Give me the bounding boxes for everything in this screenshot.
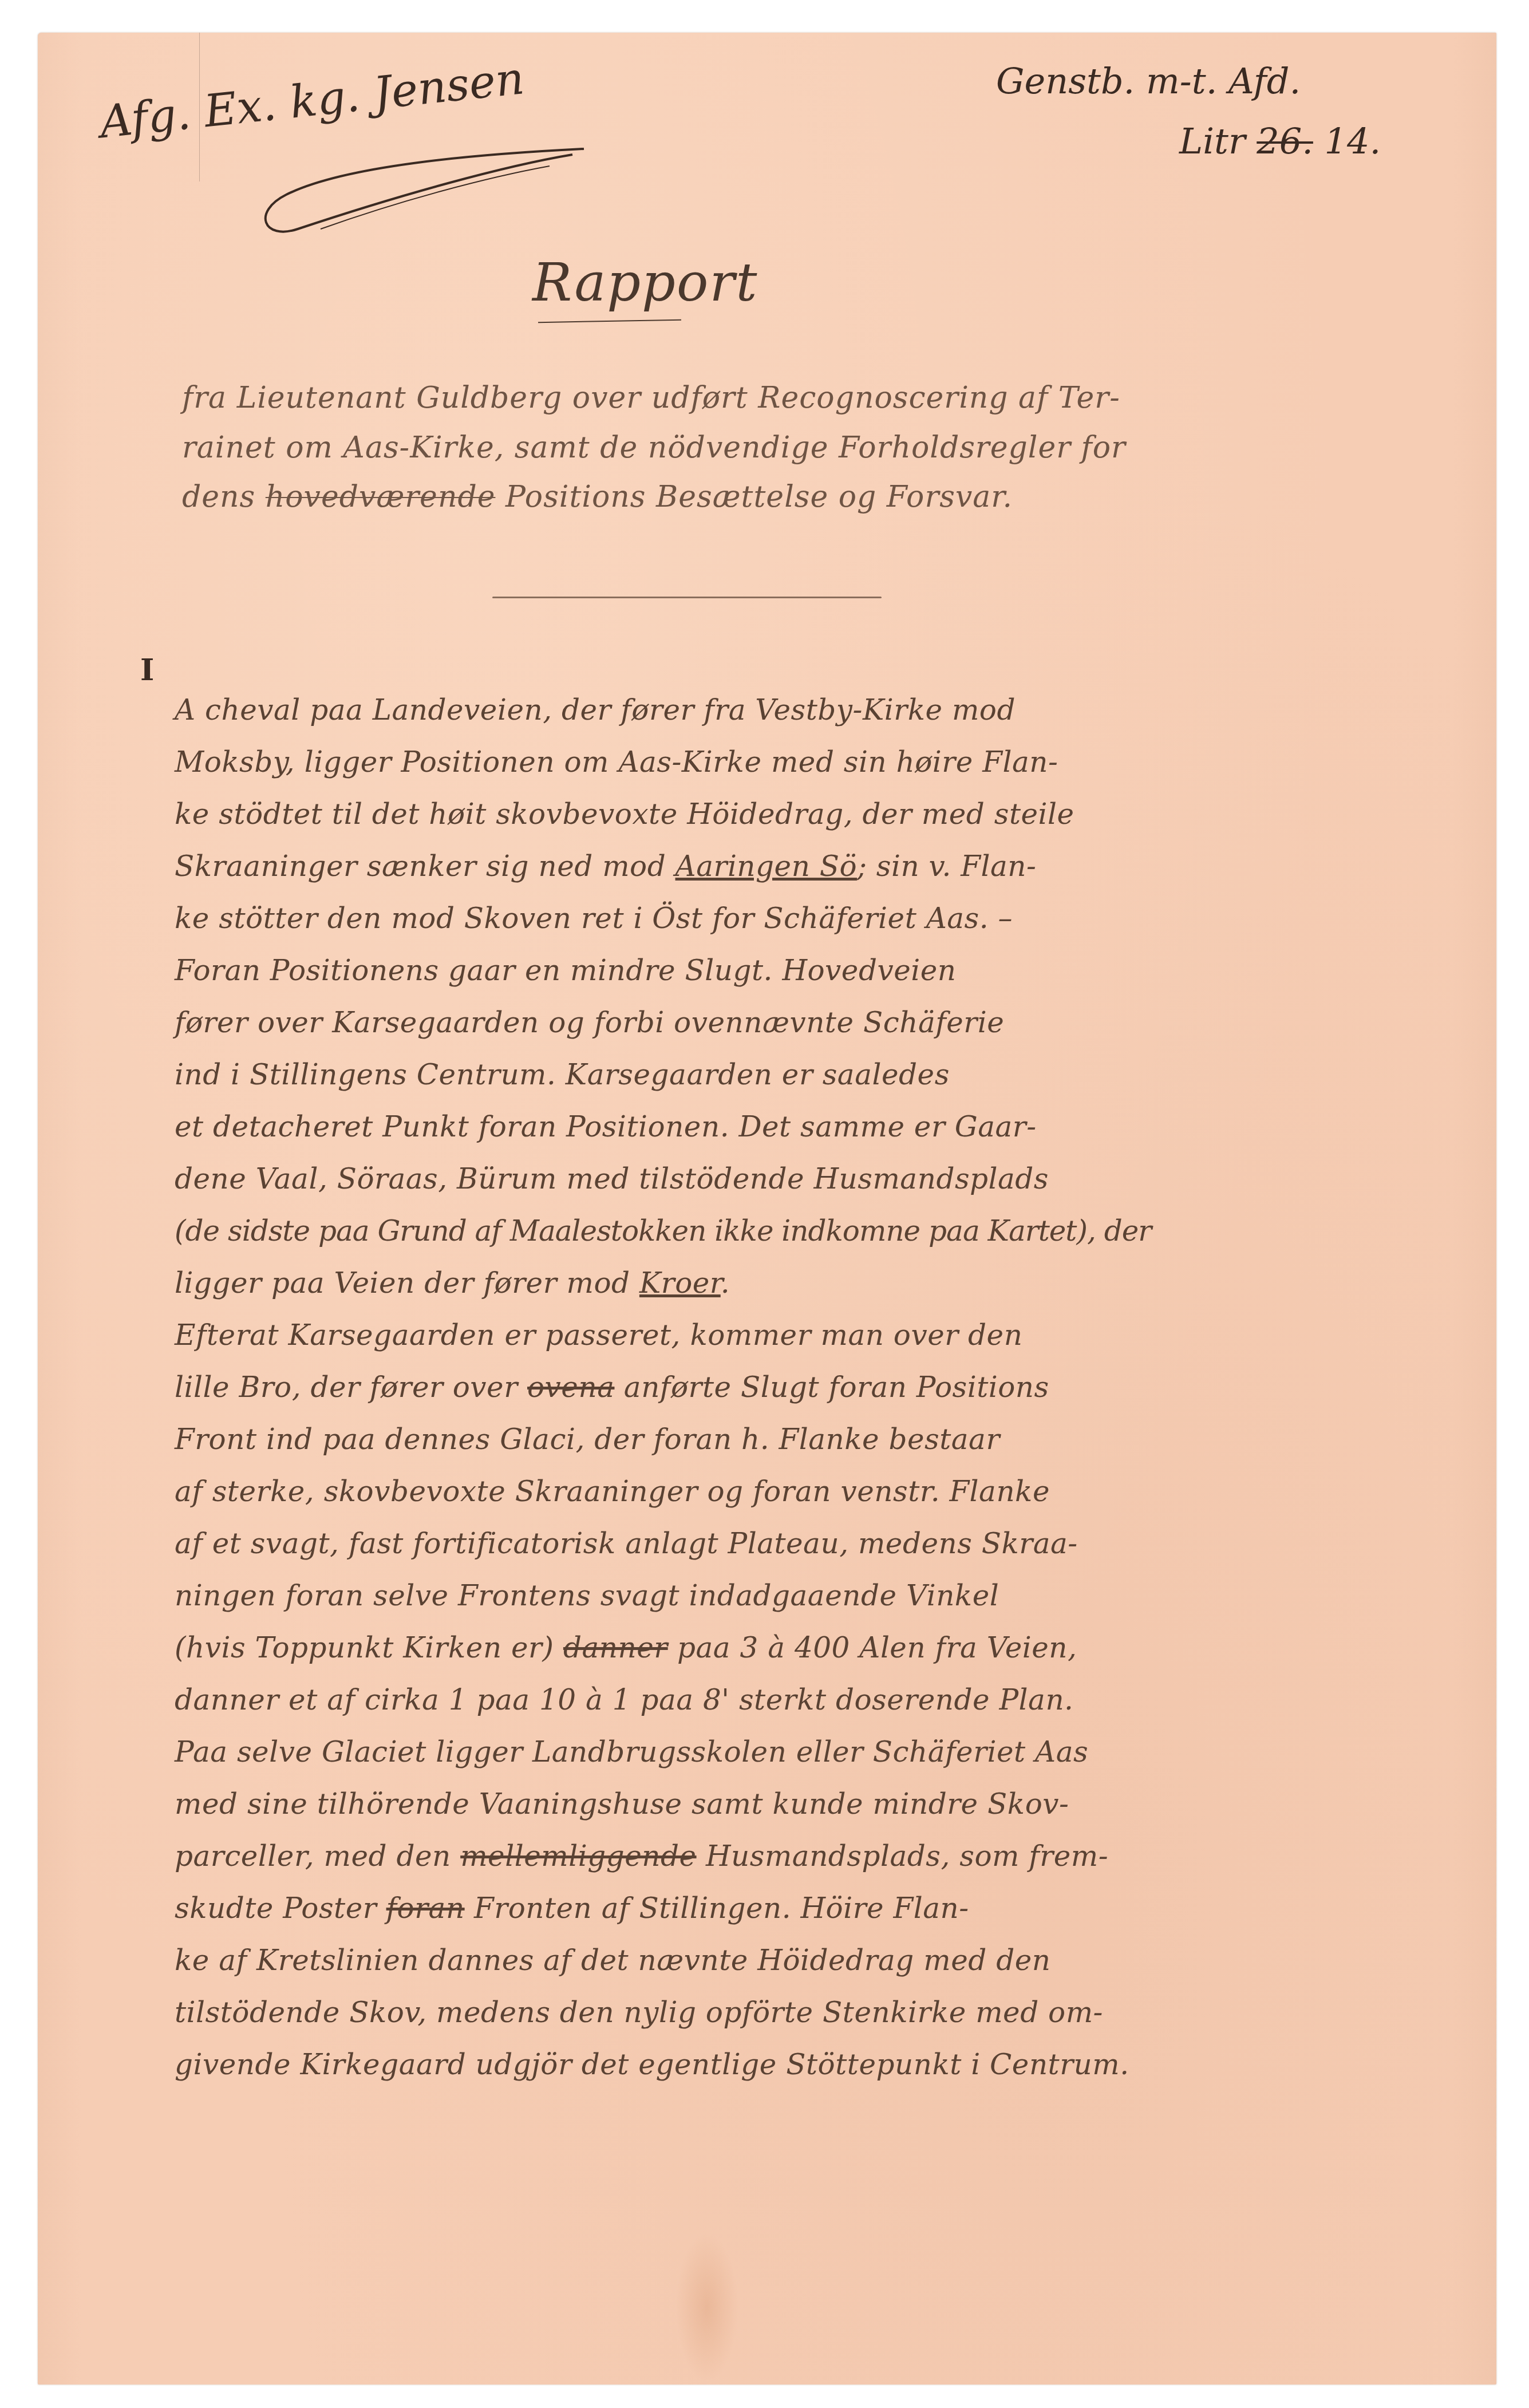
text-segment: Skraaninger sænker sig ned mod	[175, 850, 675, 883]
signature-flourish-icon	[229, 143, 595, 235]
text-line: med sine tilhörende Vaaningshuse samt ku…	[175, 1781, 1354, 1833]
struck-word: mellemliggende	[460, 1839, 696, 1873]
text-segment: parceller, med den	[175, 1839, 460, 1873]
subtitle-line: rainet om Aas-Kirke, samt de nödvendige …	[182, 431, 1126, 465]
struck-number: 26.	[1257, 120, 1313, 162]
litra-prefix: Litr	[1179, 120, 1246, 162]
text-line: et detacheret Punkt foran Positionen. De…	[175, 1104, 1354, 1156]
text-segment: (hvis Toppunkt Kirken er)	[175, 1631, 563, 1664]
subtitle-text: Positions Besættelse og Forsvar.	[495, 480, 1013, 514]
underlined-place-name: Kroer	[639, 1266, 721, 1300]
page-title: Rapport	[532, 252, 758, 313]
litra-number: Litr 26. 14.	[1179, 120, 1381, 162]
text-line: givende Kirkegaard udgjör det egentlige …	[175, 2042, 1354, 2094]
section-divider	[492, 597, 882, 598]
text-line: tilstödende Skov, medens den nylig opför…	[175, 1989, 1354, 2042]
department-annotation: Genstb. m-t. Afd.	[996, 60, 1301, 102]
text-line: Skraaninger sænker sig ned mod Aaringen …	[175, 843, 1354, 895]
text-line: ke stötter den mod Skoven ret i Öst for …	[175, 895, 1354, 948]
subtitle-line: fra Lieutenant Guldberg over udført Reco…	[182, 381, 1120, 415]
text-line: Paa selve Glaciet ligger Landbrugsskolen…	[175, 1729, 1354, 1781]
text-line: fører over Karsegaarden og forbi ovennæv…	[175, 1000, 1354, 1052]
struck-word: foran	[386, 1892, 465, 1925]
text-line: ningen foran selve Frontens svagt indadg…	[175, 1573, 1354, 1625]
text-line: Foran Positionens gaar en mindre Slugt. …	[175, 948, 1354, 1000]
text-segment: .	[721, 1266, 730, 1300]
text-line: Front ind paa dennes Glaci, der foran h.…	[175, 1416, 1354, 1469]
underlined-place-name: Aaringen Sö	[675, 850, 858, 883]
text-segment: Husmandsplads, som frem-	[697, 1839, 1109, 1873]
section-numeral: I	[140, 653, 154, 688]
text-line: Efterat Karsegaarden er passeret, kommer…	[175, 1312, 1354, 1364]
text-segment: skudte Poster	[175, 1892, 386, 1925]
text-line: ligger paa Veien der fører mod Kroer.	[175, 1260, 1354, 1312]
text-line: ke stödtet til det høit skovbevoxte Höid…	[175, 791, 1354, 843]
text-line: lille Bro, der fører over ovena anførte …	[175, 1364, 1354, 1416]
struck-word: danner	[563, 1631, 668, 1664]
text-line: (hvis Toppunkt Kirken er) danner paa 3 à…	[175, 1625, 1354, 1677]
text-segment: ligger paa Veien der fører mod	[175, 1266, 639, 1300]
text-segment: ; sin v. Flan-	[857, 850, 1036, 883]
struck-word: hovedværende	[266, 480, 496, 514]
paper-stain	[675, 2233, 738, 2382]
text-segment: paa 3 à 400 Alen fra Veien,	[668, 1631, 1077, 1664]
text-line: Moksby, ligger Positionen om Aas-Kirke m…	[175, 739, 1354, 791]
text-segment: Fronten af Stillingen. Höire Flan-	[465, 1892, 969, 1925]
text-line: parceller, med den mellemliggende Husman…	[175, 1833, 1354, 1885]
text-line: danner et af cirka 1 paa 10 à 1 paa 8' s…	[175, 1677, 1354, 1729]
text-line: dene Vaal, Söraas, Bürum med tilstödende…	[175, 1156, 1354, 1208]
text-line: af et svagt, fast fortificatorisk anlagt…	[175, 1521, 1354, 1573]
subtitle-text: dens	[182, 480, 266, 514]
subtitle-line: dens hovedværende Positions Besættelse o…	[182, 480, 1013, 514]
text-line: ke af Kretslinien dannes af det nævnte H…	[175, 1937, 1354, 1989]
text-line: (de sidste paa Grund af Maalestokken ikk…	[175, 1208, 1354, 1260]
text-line: ind i Stillingens Centrum. Karsegaarden …	[175, 1052, 1354, 1104]
text-segment: anførte Slugt foran Positions	[614, 1371, 1049, 1404]
text-line: A cheval paa Landeveien, der fører fra V…	[175, 687, 1354, 739]
struck-word: ovena	[527, 1371, 614, 1404]
text-line: af sterke, skovbevoxte Skraaninger og fo…	[175, 1469, 1354, 1521]
current-number: 14.	[1325, 120, 1381, 162]
section-body: A cheval paa Landeveien, der fører fra V…	[175, 687, 1354, 2094]
text-segment: lille Bro, der fører over	[175, 1371, 527, 1404]
text-line: skudte Poster foran Fronten af Stillinge…	[175, 1885, 1354, 1937]
